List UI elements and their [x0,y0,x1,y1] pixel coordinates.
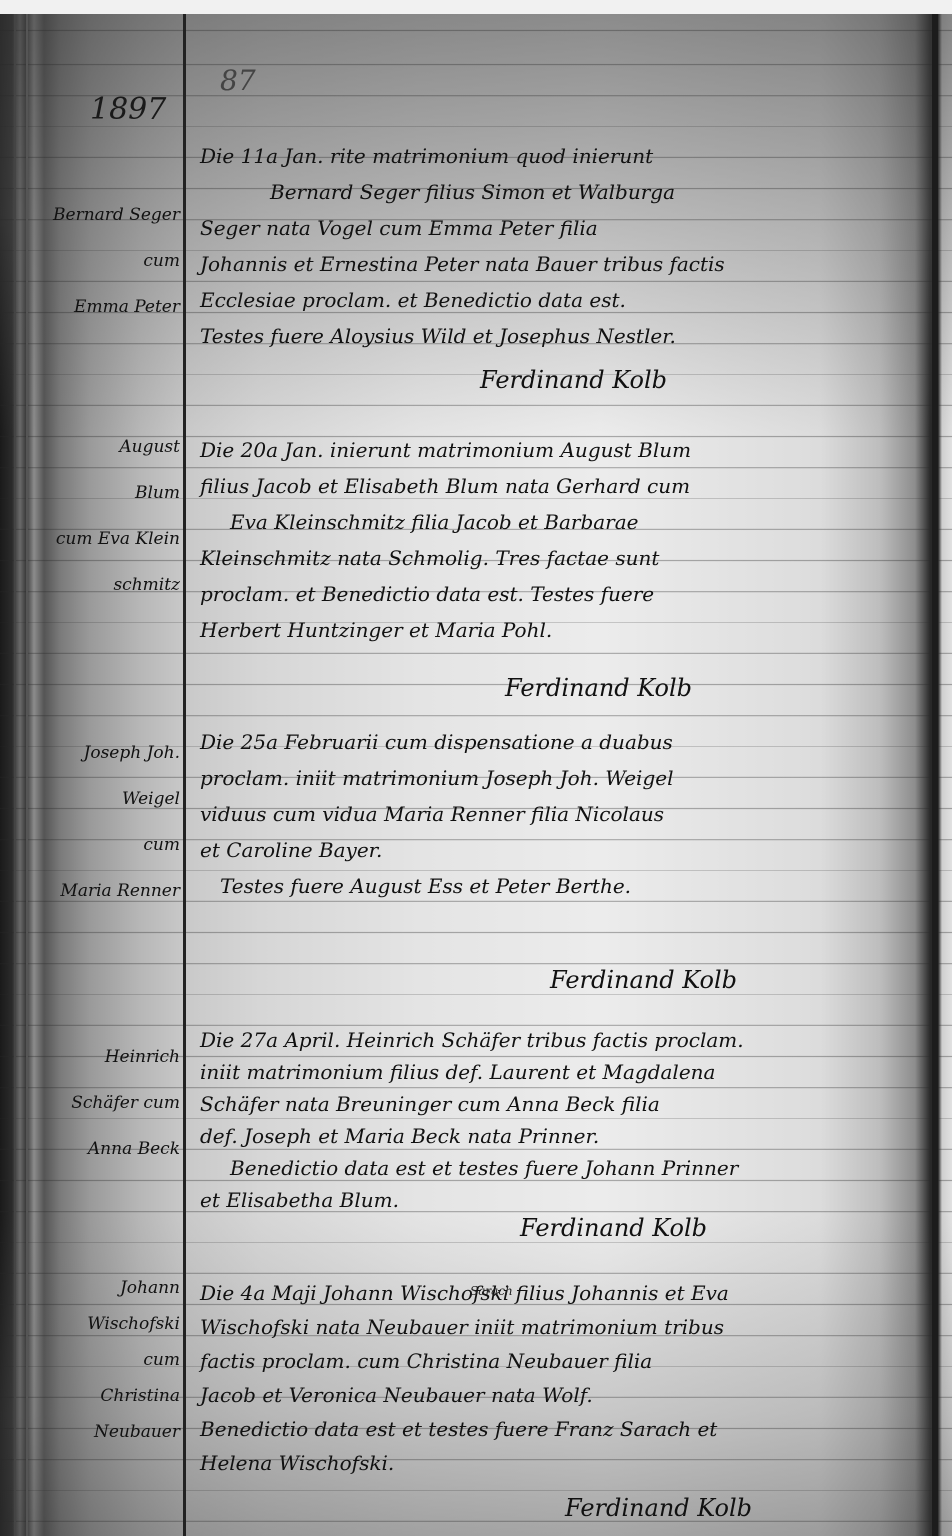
year-heading: 1897 [90,92,166,127]
margin-names: Bernard Seger cum Emma Peter [30,192,180,330]
priest-signature: Ferdinand Kolb [505,674,692,702]
register-page: 1897 87 Bernard Seger cum Emma Peter Die… [0,14,952,1536]
margin-names: Heinrich Schäfer cum Anna Beck [30,1034,180,1172]
page-edge-rule [932,14,938,1536]
binding-line [26,14,28,1536]
margin-names: August Blum cum Eva Klein schmitz [30,424,180,608]
scan-top-border [0,0,952,14]
marriage-entry: Die 4a Maji Johann Wischofski filius Joh… [200,1276,890,1480]
marriage-entry: Die 25a Februarii cum dispensatione a du… [200,724,890,904]
priest-signature: Ferdinand Kolb [550,966,737,994]
marriage-entry: Die 11a Jan. rite matrimonium quod inier… [200,138,890,354]
marriage-entry: Die 27a April. Heinrich Schäfer tribus f… [200,1024,890,1216]
priest-signature: Ferdinand Kolb [565,1494,752,1522]
margin-rule [183,14,186,1536]
interlinear-note: Sarach [470,1284,513,1298]
marriage-entry: Die 20a Jan. inierunt matrimonium August… [200,432,890,648]
margin-names: Joseph Joh. Weigel cum Maria Renner [30,730,180,914]
margin-names: Johann Wischofski cum Christina Neubauer [30,1270,180,1450]
priest-signature: Ferdinand Kolb [520,1214,707,1242]
binding-line [14,14,16,1536]
folio-number: 87 [220,64,256,97]
priest-signature: Ferdinand Kolb [480,366,667,394]
